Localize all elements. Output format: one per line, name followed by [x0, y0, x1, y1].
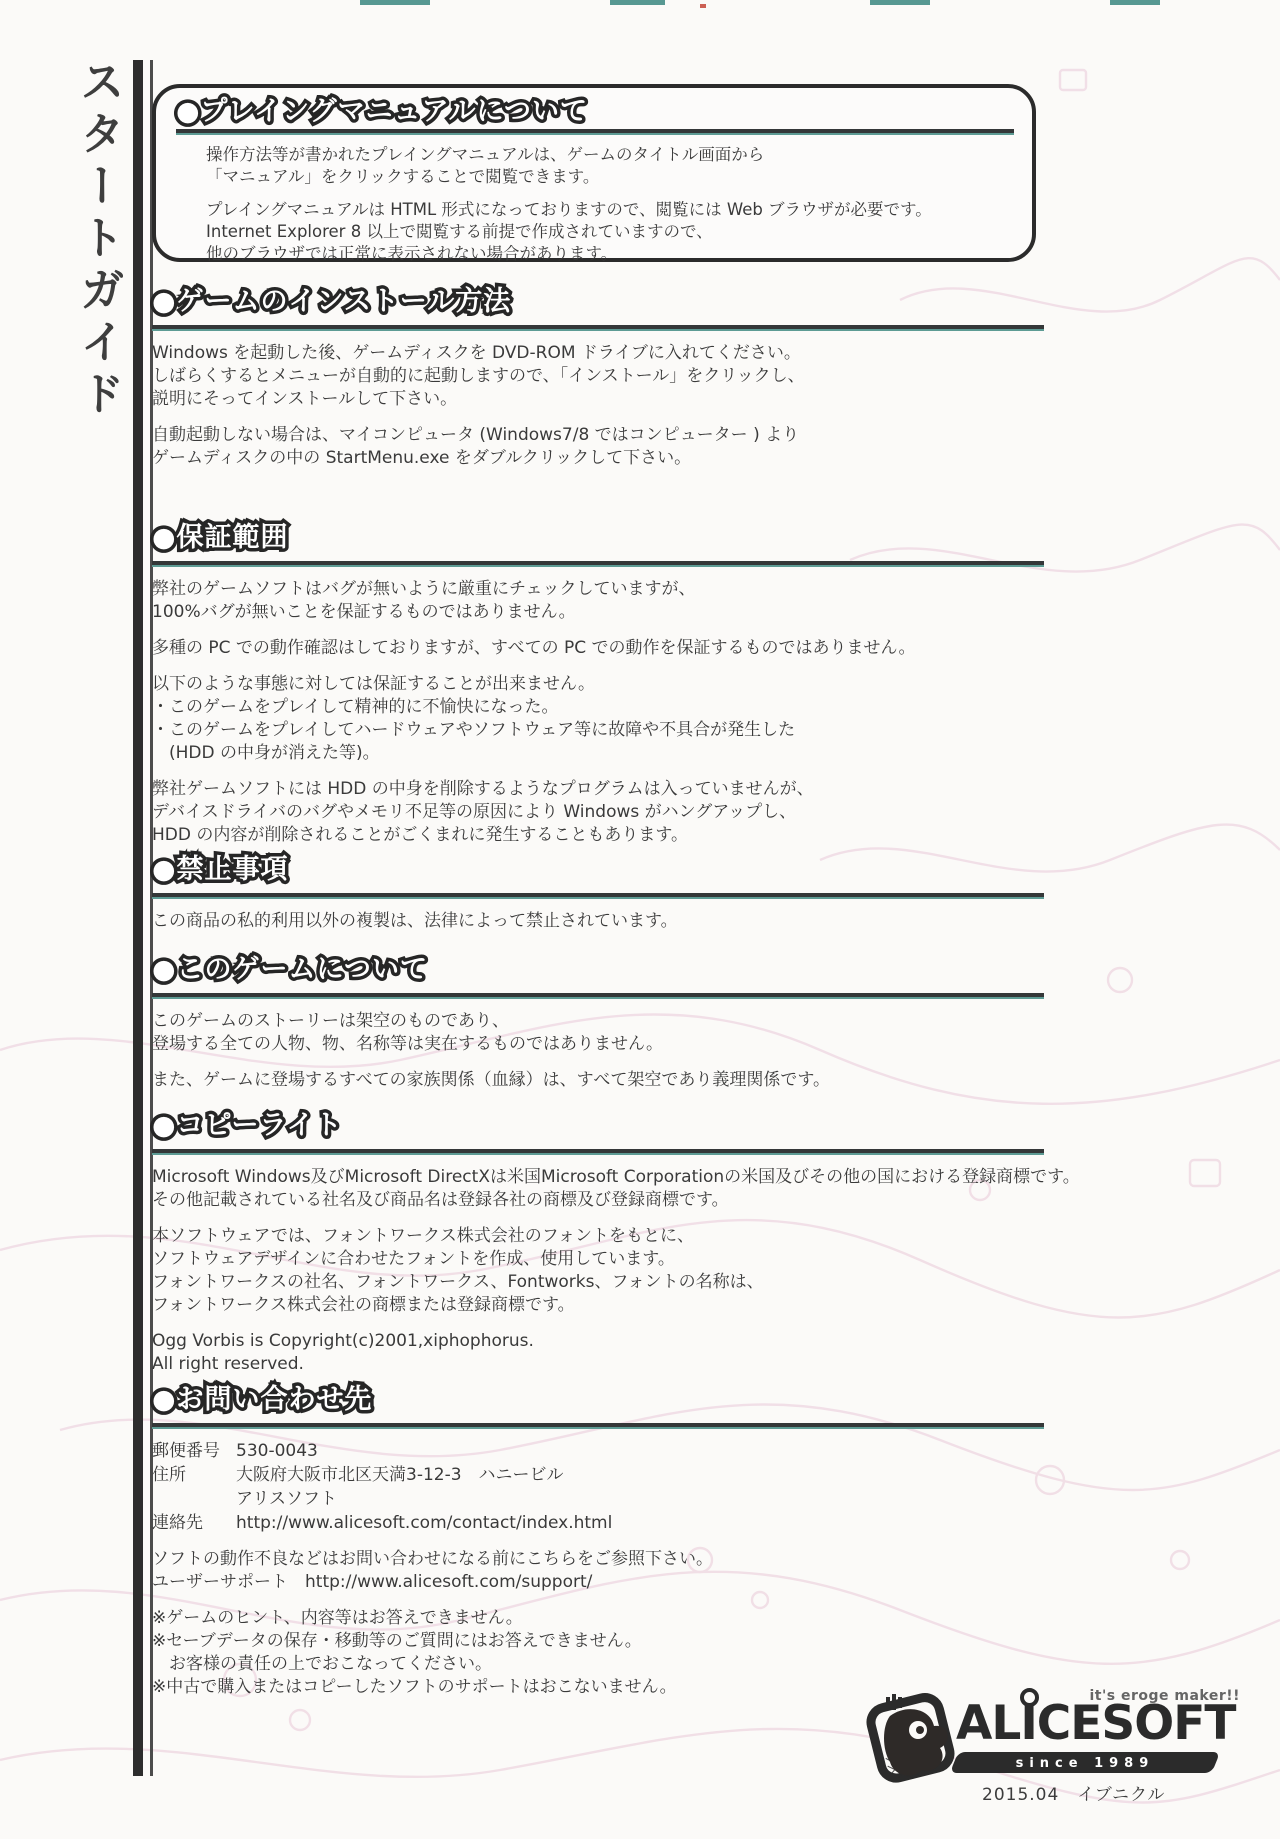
paragraph-line: 多種の PC での動作確認はしておりますが、すべての PC での動作を保証するも… [152, 637, 1044, 660]
paragraph-line: しばらくするとメニューが自動的に起動しますので、「インストール」をクリックし、 [152, 365, 1044, 388]
brand-i-ring-icon [1020, 1688, 1039, 1707]
paragraph-line: ゲームディスクの中の StartMenu.exe をダブルクリックして下さい。 [152, 447, 1044, 470]
paragraph-line: 弊社ゲームソフトには HDD の中身を削除するようなプログラムは入っていませんが… [152, 778, 1044, 801]
section-warranty: ●保証範囲 ●保証範囲 弊社のゲームソフトはバグが無いように厳重にチェックしてい… [152, 520, 1044, 847]
heading-rule [152, 325, 1044, 331]
paragraph-line: この商品の私的利用以外の複製は、法律によって禁止されています。 [152, 910, 1044, 933]
section-heading: ●禁止事項 ●禁止事項 [152, 852, 1044, 890]
contact-value: 大阪府大阪市北区天満3-12-3 ハニービル [236, 1464, 1044, 1487]
paragraph-line: ・このゲームをプレイして精神的に不愉快になった。 [152, 696, 1044, 719]
paragraph-line: Internet Explorer 8 以上で閲覧する前提で作成されていますので… [206, 221, 1014, 243]
alicesoft-mascot-icon [860, 1690, 960, 1790]
section-about-game: ●このゲームについて ●このゲームについて このゲームのストーリーは架空のもので… [152, 952, 1044, 1092]
section-prohibited: ●禁止事項 ●禁止事項 この商品の私的利用以外の複製は、法律によって禁止されてい… [152, 852, 1044, 933]
paragraph-line: 100%バグが無いことを保証するものではありません。 [152, 601, 1044, 624]
scan-artifact [360, 0, 430, 5]
section-heading: ●コピーライト ●コピーライト [152, 1108, 1044, 1146]
scan-artifact [700, 4, 706, 8]
paragraph-line: Ogg Vorbis is Copyright(c)2001,xiphophor… [152, 1330, 1044, 1353]
contact-value: 530-0043 [236, 1440, 1044, 1463]
heading-rule [152, 561, 1044, 567]
paragraph-line: HDD の内容が削除されることがごくまれに発生することもあります。 [152, 824, 1044, 847]
alicesoft-logo: it's eroge maker!! ALICESOFT since 1989 … [860, 1686, 1240, 1816]
contact-label: 連絡先 [152, 1512, 236, 1535]
footnote-line: ※セーブデータの保存・移動等のご質問にはお答えできません。 [152, 1630, 1044, 1653]
section-heading: ●プレイングマニュアルについて ●プレイングマニュアルについて [176, 94, 1014, 128]
since-banner: since 1989 [950, 1752, 1220, 1773]
section-heading: ●このゲームについて ●このゲームについて [152, 952, 1044, 990]
paragraph-line: その他記載されている社名及び商品名は登録各社の商標及び登録商標です。 [152, 1189, 1044, 1212]
paragraph-line: 説明にそってインストールして下さい。 [152, 388, 1044, 411]
section-heading-fill: ●コピーライト [152, 1108, 343, 1144]
paragraph-line: Microsoft Windows及びMicrosoft DirectXは米国M… [152, 1166, 1044, 1189]
paragraph-line: フォントワークスの社名、フォントワークス、Fontworks、フォントの名称は、 [152, 1271, 1044, 1294]
paragraph-line: All right reserved. [152, 1353, 1044, 1376]
paragraph-line: フォントワークス株式会社の商標または登録商標です。 [152, 1294, 1044, 1317]
paragraph-line: プレイングマニュアルは HTML 形式になっておりますので、閲覧には Web ブ… [206, 199, 1014, 221]
playing-manual-box: ●プレイングマニュアルについて ●プレイングマニュアルについて 操作方法等が書か… [152, 84, 1036, 262]
contact-value: アリスソフト [236, 1488, 1044, 1511]
contact-value contact-url: http://www.alicesoft.com/contact/index.h… [236, 1512, 1044, 1535]
contact-label: 住所 [152, 1464, 236, 1487]
paragraph-line: また、ゲームに登場するすべての家族関係（血縁）は、すべて架空であり義理関係です。 [152, 1069, 1044, 1092]
section-heading-fill: ●禁止事項 [152, 852, 289, 888]
heading-rule [152, 893, 1044, 899]
paragraph-line: 「マニュアル」をクリックすることで閲覧できます。 [206, 166, 1014, 188]
heading-rule [152, 993, 1044, 999]
section-heading-fill: ●保証範囲 [152, 520, 289, 556]
paragraph-line: 他のブラウザでは正常に表示されない場合があります。 [206, 243, 1014, 265]
scan-artifact [1110, 0, 1160, 5]
paragraph-line: 弊社のゲームソフトはバグが無いように厳重にチェックしていますが、 [152, 578, 1044, 601]
heading-rule [152, 1149, 1044, 1155]
paragraph-line: 操作方法等が書かれたプレイングマニュアルは、ゲームのタイトル画面から [206, 144, 1014, 166]
paragraph-line: ソフトウェアデザインに合わせたフォントを作成、使用しています。 [152, 1248, 1044, 1271]
paragraph-line: 自動起動しない場合は、マイコンピュータ (Windows7/8 ではコンピュータ… [152, 424, 1044, 447]
section-heading: ●保証範囲 ●保証範囲 [152, 520, 1044, 558]
scan-artifact [870, 0, 930, 5]
contact-table: 郵便番号 530-0043 住所 大阪府大阪市北区天満3-12-3 ハニービル … [152, 1440, 1044, 1535]
section-heading: ●お問い合わせ先 ●お問い合わせ先 [152, 1382, 1044, 1420]
section-copyright: ●コピーライト ●コピーライト Microsoft Windows及びMicro… [152, 1108, 1044, 1376]
section-heading: ●ゲームのインストール方法 ●ゲームのインストール方法 [152, 284, 1044, 322]
since-banner-label: since 1989 [1015, 1753, 1154, 1774]
paragraph-line: Windows を起動した後、ゲームディスクを DVD-ROM ドライブに入れて… [152, 342, 1044, 365]
contact-label [152, 1488, 236, 1511]
paragraph-line: このゲームのストーリーは架空のものであり、 [152, 1010, 1044, 1033]
section-heading-fill: ●ゲームのインストール方法 [152, 284, 511, 320]
footnote-line: ※ゲームのヒント、内容等はお答えできません。 [152, 1607, 1044, 1630]
heading-rule [152, 1423, 1044, 1429]
section-contact: ●お問い合わせ先 ●お問い合わせ先 郵便番号 530-0043 住所 大阪府大阪… [152, 1382, 1044, 1699]
footnote-line: お客様の責任の上でおこなってください。 [152, 1653, 1044, 1676]
paragraph-line: 登場する全ての人物、物、名称等は実在するものではありません。 [152, 1033, 1044, 1056]
paragraph-line: ・このゲームをプレイしてハードウェアやソフトウェア等に故障や不具合が発生した [152, 719, 1044, 742]
paragraph-line: (HDD の中身が消えた等)。 [152, 742, 1044, 765]
section-heading-fill: ●お問い合わせ先 [152, 1382, 373, 1418]
section-install: ●ゲームのインストール方法 ●ゲームのインストール方法 Windows を起動し… [152, 284, 1044, 470]
divider-thick [133, 60, 143, 1776]
paragraph-line: デバイスドライバのバグやメモリ不足等の原因により Windows がハングアップ… [152, 801, 1044, 824]
support-note-line: ユーザーサポート http://www.alicesoft.com/suppor… [152, 1571, 1044, 1594]
paragraph-line: 以下のような事態に対しては保証することが出来ません。 [152, 673, 1044, 696]
scanned-manual-page: スタートガイド ●プレイングマニュアルについて ●プレイングマニュアルについて … [0, 0, 1280, 1839]
scan-artifact [610, 0, 665, 5]
release-info: 2015.04 イブニクル [982, 1780, 1165, 1805]
section-heading-fill: ●プレイングマニュアルについて [176, 94, 588, 130]
section-heading-fill: ●このゲームについて [152, 952, 428, 988]
paragraph-line: 本ソフトウェアでは、フォントワークス株式会社のフォントをもとに、 [152, 1225, 1044, 1248]
contact-label: 郵便番号 [152, 1440, 236, 1463]
support-note-line: ソフトの動作不良などはお問い合わせになる前にこちらをご参照下さい。 [152, 1548, 1044, 1571]
brand-wordmark: ALICESOFT [956, 1700, 1235, 1748]
side-title: スタートガイド [66, 58, 131, 422]
